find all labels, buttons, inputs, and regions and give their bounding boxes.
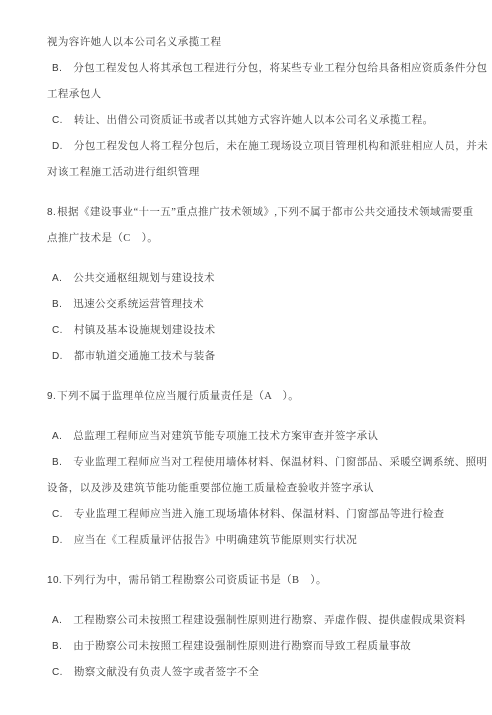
q7-option-b-text: 分包工程发包人将其承包工程进行分包，将某些专业工程分包给具备相应资质条件分包 bbox=[73, 63, 487, 74]
q8-option-b-text: 迅速公交系统运营管理技术 bbox=[73, 299, 204, 310]
q9-number: 9. bbox=[47, 391, 56, 402]
q10-option-a: A.工程勘察公司未按照工程建设强制性原则进行勘察、弄虚作假、提供虚假成果资料 bbox=[47, 608, 472, 634]
q7-option-d-wrap: 对该工程施工活动进行组织管理 bbox=[47, 160, 472, 186]
q7-option-c-text: 转让、出借公司资质证书或者以其她方式容许她人以本公司名义承揽工程。 bbox=[74, 115, 434, 126]
q9-stem-text: 下列不属于监理单位应当履行质量责任是（A ）。 bbox=[57, 391, 299, 402]
q7-option-d-label: D. bbox=[52, 141, 63, 152]
q7-option-c: C.转让、出借公司资质证书或者以其她方式容许她人以本公司名义承揽工程。 bbox=[47, 108, 472, 134]
q8-option-c: C.村镇及基本设施规划建设技术 bbox=[47, 318, 472, 344]
q8-stem-line2: 点推广技术是（C ）。 bbox=[47, 226, 472, 252]
q10-option-b-label: B. bbox=[52, 641, 62, 652]
q8-option-a: A.公共交通枢纽规划与建设技术 bbox=[47, 266, 472, 292]
q10-option-b-text: 由于勘察公司未按照工程建设强制性原则进行勘察而导致工程质量事故 bbox=[73, 641, 411, 652]
q9-option-d: D.应当在《工程质量评估报告》中明确建筑节能原则实行状况 bbox=[47, 528, 472, 554]
q9-option-a: A.总监理工程师应当对建筑节能专项施工技术方案审查并签字承认 bbox=[47, 424, 472, 450]
q9-option-a-label: A. bbox=[52, 431, 62, 442]
q10-option-c-text: 勘察文献没有负责人签字或者签字不全 bbox=[74, 667, 259, 678]
q7-option-b-wrap-text: 工程承包人 bbox=[47, 89, 102, 100]
q9-option-b-text: 专业监理工程师应当对工程使用墙体材料、保温材料、门窗部品、采暖空调系统、照明 bbox=[73, 457, 487, 468]
q8-stem-text1: 根据《建设事业“十一五”重点推广技术领域》,下列不属于都市公共交通技术领域需要重 bbox=[57, 207, 473, 218]
q10-option-a-label: A. bbox=[52, 615, 62, 626]
q10-option-c-label: C. bbox=[52, 667, 63, 678]
q9-option-b-wrap: 设备，以及涉及建筑节能功能重要部位施工质量检查验收并签字承认 bbox=[47, 476, 472, 502]
q9-option-d-label: D. bbox=[52, 535, 63, 546]
q10-option-a-text: 工程勘察公司未按照工程建设强制性原则进行勘察、弄虚作假、提供虚假成果资料 bbox=[73, 615, 465, 626]
q9-option-c: C.专业监理工程师应当进入施工现场墙体材料、保温材料、门窗部品等进行检查 bbox=[47, 502, 472, 528]
q10-option-c: C.勘察文献没有负责人签字或者签字不全 bbox=[47, 660, 472, 686]
q7-option-b-label: B. bbox=[52, 63, 62, 74]
q10-stem: 10.下列行为中，需吊销工程勘察公司资质证书是（B ）。 bbox=[47, 568, 472, 594]
q8-stem-text2: 点推广技术是（C ）。 bbox=[47, 233, 158, 244]
q8-option-a-text: 公共交通枢纽规划与建设技术 bbox=[73, 273, 215, 284]
q9-option-c-label: C. bbox=[52, 509, 63, 520]
q10-stem-text: 下列行为中，需吊销工程勘察公司资质证书是（B ）。 bbox=[63, 575, 327, 586]
q7-option-c-label: C. bbox=[52, 115, 63, 126]
q8-stem-line1: 8.根据《建设事业“十一五”重点推广技术领域》,下列不属于都市公共交通技术领域需… bbox=[47, 200, 472, 226]
q8-option-c-label: C. bbox=[52, 325, 63, 336]
q7-option-b-wrap: 工程承包人 bbox=[47, 82, 472, 108]
q10-option-b: B.由于勘察公司未按照工程建设强制性原则进行勘察而导致工程质量事故 bbox=[47, 634, 472, 660]
q8-number: 8. bbox=[47, 207, 56, 218]
q9-option-b: B.专业监理工程师应当对工程使用墙体材料、保温材料、门窗部品、采暖空调系统、照明 bbox=[47, 450, 472, 476]
q9-stem: 9.下列不属于监理单位应当履行质量责任是（A ）。 bbox=[47, 384, 472, 410]
q9-option-b-wrap-text: 设备，以及涉及建筑节能功能重要部位施工质量检查验收并签字承认 bbox=[47, 483, 374, 494]
q7-continuation-line: 视为容许她人以本公司名义承揽工程 bbox=[47, 30, 472, 56]
q8-option-a-label: A. bbox=[52, 273, 62, 284]
q8-option-c-text: 村镇及基本设施规划建设技术 bbox=[74, 325, 216, 336]
q7-option-d-wrap-text: 对该工程施工活动进行组织管理 bbox=[47, 167, 200, 178]
q7-option-d-text: 分包工程发包人将工程分包后，未在施工现场设立项目管理机构和派驻相应人员，并未 bbox=[74, 141, 488, 152]
q7-option-b: B.分包工程发包人将其承包工程进行分包，将某些专业工程分包给具备相应资质条件分包 bbox=[47, 56, 472, 82]
q8-option-d-text: 都市轨道交通施工技术与装备 bbox=[74, 351, 216, 362]
q8-option-b-label: B. bbox=[52, 299, 62, 310]
q7-option-d: D.分包工程发包人将工程分包后，未在施工现场设立项目管理机构和派驻相应人员，并未 bbox=[47, 134, 472, 160]
exam-document: 视为容许她人以本公司名义承揽工程 B.分包工程发包人将其承包工程进行分包，将某些… bbox=[0, 0, 492, 715]
q9-option-c-text: 专业监理工程师应当进入施工现场墙体材料、保温材料、门窗部品等进行检查 bbox=[74, 509, 445, 520]
q9-option-b-label: B. bbox=[52, 457, 62, 468]
q9-option-d-text: 应当在《工程质量评估报告》中明确建筑节能原则实行状况 bbox=[74, 535, 357, 546]
q8-option-b: B.迅速公交系统运营管理技术 bbox=[47, 292, 472, 318]
q8-option-d: D.都市轨道交通施工技术与装备 bbox=[47, 344, 472, 370]
q7-continuation-text: 视为容许她人以本公司名义承揽工程 bbox=[47, 37, 221, 48]
q8-option-d-label: D. bbox=[52, 351, 63, 362]
q10-number: 10. bbox=[47, 575, 62, 586]
q9-option-a-text: 总监理工程师应当对建筑节能专项施工技术方案审查并签字承认 bbox=[73, 431, 378, 442]
